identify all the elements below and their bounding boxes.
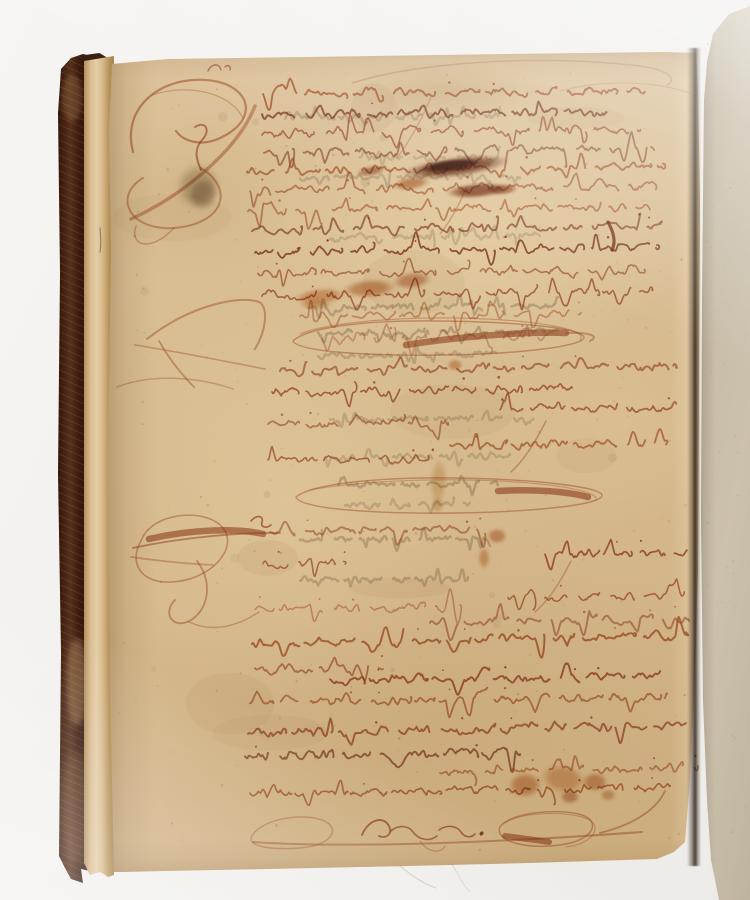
photo-caption: Photograph of an opened antique manuscri… [0, 0, 1, 1]
manuscript-page [108, 50, 700, 872]
page-gap-shadow [687, 48, 701, 866]
manuscript-photo: Photograph of an opened antique manuscri… [0, 0, 750, 900]
next-page-edge [695, 0, 750, 900]
